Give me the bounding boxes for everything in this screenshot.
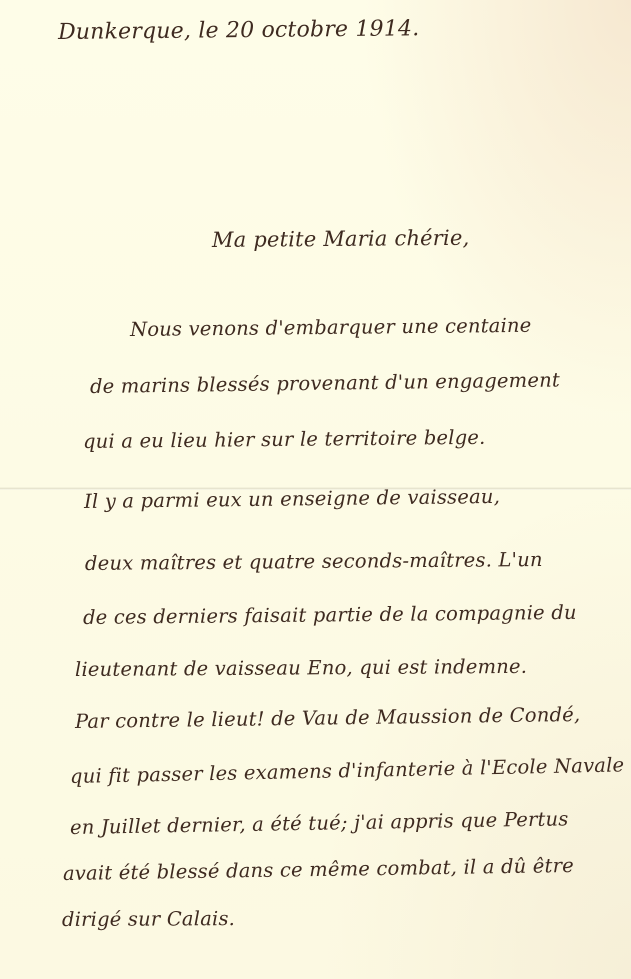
letter-body-line: dirigé sur Calais. <box>62 907 235 931</box>
letter-body-line: avait été blessé dans ce même combat, il… <box>63 854 574 885</box>
letter-body-line: Par contre le lieut! de Vau de Maussion … <box>75 703 581 733</box>
letter-body-line: Nous venons d'embarquer une centaine <box>130 314 532 341</box>
letter-body-line: qui a eu lieu hier sur le territoire bel… <box>83 426 486 453</box>
letter-body-line: Il y a parmi eux un enseigne de vaisseau… <box>84 485 500 513</box>
letter-body-line: de ces derniers faisait partie de la com… <box>83 601 577 629</box>
letter-body-line: de marins blessés provenant d'un engagem… <box>90 368 560 398</box>
letter-dateline: Dunkerque, le 20 octobre 1914. <box>58 16 420 45</box>
letter-body-line: en Juillet dernier, a été tué; j'ai appr… <box>70 807 569 839</box>
letter-page: Dunkerque, le 20 octobre 1914. Ma petite… <box>0 0 631 979</box>
letter-body-line: lieutenant de vaisseau Eno, qui est inde… <box>75 655 527 681</box>
letter-salutation: Ma petite Maria chérie, <box>212 226 470 252</box>
letter-body-line: deux maîtres et quatre seconds-maîtres. … <box>85 548 543 575</box>
letter-body-line: qui fit passer les examens d'infanterie … <box>70 753 625 788</box>
